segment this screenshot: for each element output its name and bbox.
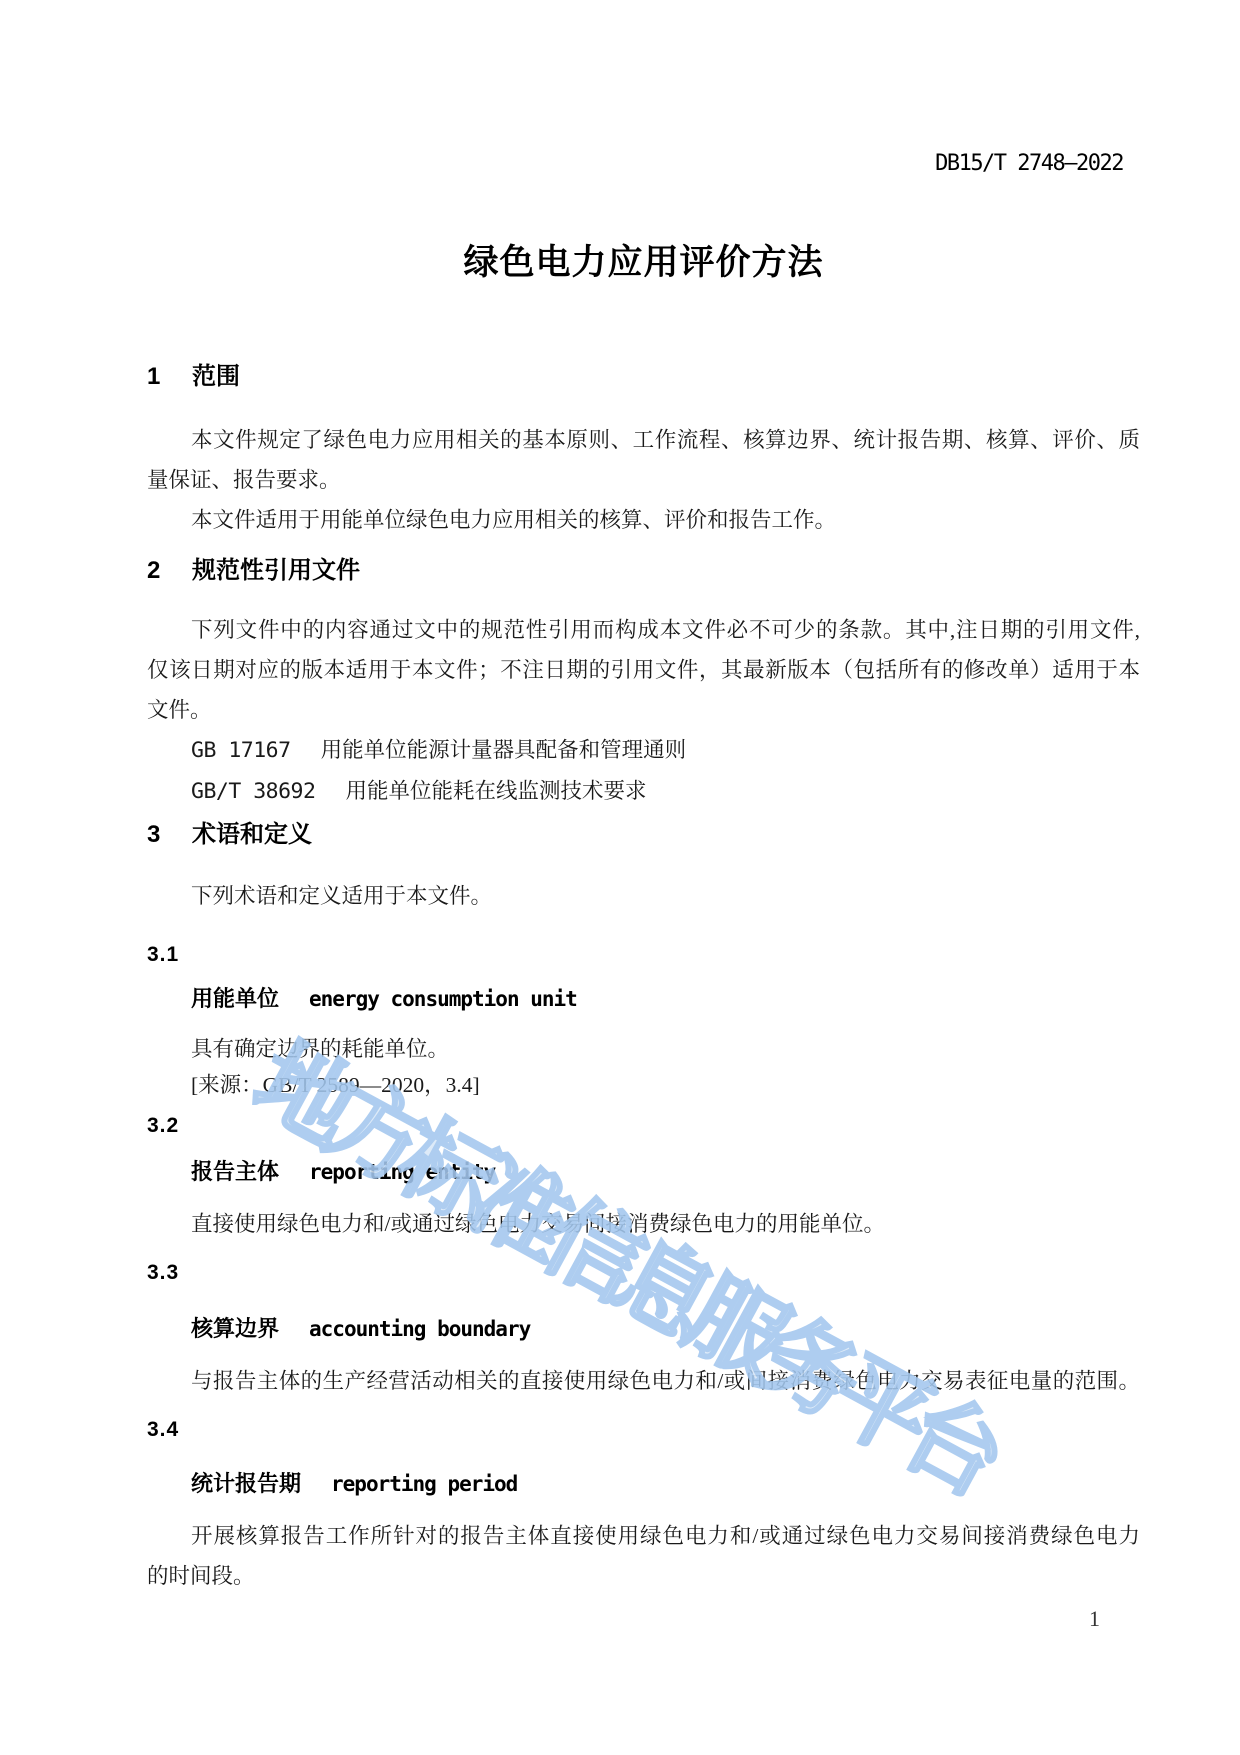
term-name-en: reporting period	[331, 1472, 517, 1496]
term-name-zh: 用能单位	[191, 986, 279, 1011]
paragraph-line: 仅该日期对应的版本适用于本文件；不注日期的引用文件，其最新版本（包括所有的修改单…	[147, 650, 1140, 690]
paragraph-line: 本文件规定了绿色电力应用相关的基本原则、工作流程、核算边界、统计报告期、核算、评…	[147, 420, 1140, 460]
term-number-3-1: 3.1	[147, 940, 1140, 970]
document-content: DB15/T 2748—2022 绿色电力应用评价方法 1范围 本文件规定了绿色…	[0, 151, 1240, 1596]
term-name-3-4: 统计报告期reporting period	[147, 1469, 1140, 1502]
term-name-3-3: 核算边界accounting boundary	[147, 1314, 1140, 1347]
scope-paragraph-1: 本文件规定了绿色电力应用相关的基本原则、工作流程、核算边界、统计报告期、核算、评…	[147, 420, 1140, 500]
term-name-en: energy consumption unit	[309, 987, 577, 1011]
term-body-3-2: 直接使用绿色电力和/或通过绿色电力交易间接消费绿色电力的用能单位。	[147, 1204, 1140, 1244]
term-body-3-1: 具有确定边界的耗能单位。 [来源：GB/T 2589—2020，3.4]	[147, 1031, 1140, 1103]
document-title: 绿色电力应用评价方法	[147, 240, 1140, 286]
paragraph-line: 文件。	[147, 690, 1140, 730]
term-number-3-3: 3.3	[147, 1258, 1140, 1288]
term-definition: 直接使用绿色电力和/或通过绿色电力交易间接消费绿色电力的用能单位。	[147, 1204, 1140, 1244]
reference-title: 用能单位能源计量器具配备和管理通则	[321, 738, 687, 762]
standard-code: DB15/T 2748—2022	[147, 151, 1123, 177]
section-2-heading: 2规范性引用文件	[147, 556, 1140, 586]
normative-references-paragraph: 下列文件中的内容通过文中的规范性引用而构成本文件必不可少的条款。其中,注日期的引…	[147, 610, 1140, 730]
section-3-label: 术语和定义	[192, 821, 312, 848]
term-name-en: accounting boundary	[309, 1317, 530, 1341]
term-definition-line: 开展核算报告工作所针对的报告主体直接使用绿色电力和/或通过绿色电力交易间接消费绿…	[147, 1516, 1140, 1556]
term-definition: 具有确定边界的耗能单位。	[147, 1031, 1140, 1067]
term-body-3-4: 开展核算报告工作所针对的报告主体直接使用绿色电力和/或通过绿色电力交易间接消费绿…	[147, 1516, 1140, 1596]
term-number-3-2: 3.2	[147, 1111, 1140, 1141]
section-2-number: 2	[147, 556, 192, 586]
reference-title: 用能单位能耗在线监测技术要求	[345, 779, 646, 803]
term-name-zh: 统计报告期	[191, 1471, 301, 1496]
section-1-label: 范围	[192, 363, 240, 390]
term-definition: 与报告主体的生产经营活动相关的直接使用绿色电力和/或间接消费绿色电力交易表征电量…	[147, 1361, 1140, 1401]
section-1-number: 1	[147, 362, 192, 392]
paragraph-line: 本文件适用于用能单位绿色电力应用相关的核算、评价和报告工作。	[147, 500, 1140, 540]
section-3-heading: 3术语和定义	[147, 820, 1140, 850]
section-2-label: 规范性引用文件	[192, 557, 360, 584]
term-body-3-3: 与报告主体的生产经营活动相关的直接使用绿色电力和/或间接消费绿色电力交易表征电量…	[147, 1361, 1140, 1401]
term-name-zh: 核算边界	[191, 1316, 279, 1341]
paragraph-line: 量保证、报告要求。	[147, 460, 1140, 500]
reference-item: GB/T 38692用能单位能耗在线监测技术要求	[147, 771, 1140, 812]
term-definition-line: 的时间段。	[147, 1556, 1140, 1596]
document-page: DB15/T 2748—2022 绿色电力应用评价方法 1范围 本文件规定了绿色…	[0, 0, 1240, 1755]
scope-paragraph-2: 本文件适用于用能单位绿色电力应用相关的核算、评价和报告工作。	[147, 500, 1140, 540]
term-source: [来源：GB/T 2589—2020，3.4]	[147, 1067, 1140, 1103]
term-name-3-1: 用能单位energy consumption unit	[147, 984, 1140, 1017]
reference-code: GB/T 38692	[191, 779, 315, 804]
paragraph-line: 下列术语和定义适用于本文件。	[147, 876, 1140, 916]
term-number-3-4: 3.4	[147, 1415, 1140, 1445]
page-number: 1	[1089, 1605, 1100, 1633]
section-1-heading: 1范围	[147, 362, 1140, 392]
reference-code: GB 17167	[191, 738, 291, 763]
reference-item: GB 17167用能单位能源计量器具配备和管理通则	[147, 730, 1140, 771]
term-name-zh: 报告主体	[191, 1159, 279, 1184]
section-3-number: 3	[147, 820, 192, 850]
terms-intro: 下列术语和定义适用于本文件。	[147, 876, 1140, 916]
term-name-3-2: 报告主体reporting entity	[147, 1157, 1140, 1190]
paragraph-line: 下列文件中的内容通过文中的规范性引用而构成本文件必不可少的条款。其中,注日期的引…	[147, 610, 1140, 650]
term-name-en: reporting entity	[309, 1160, 495, 1184]
